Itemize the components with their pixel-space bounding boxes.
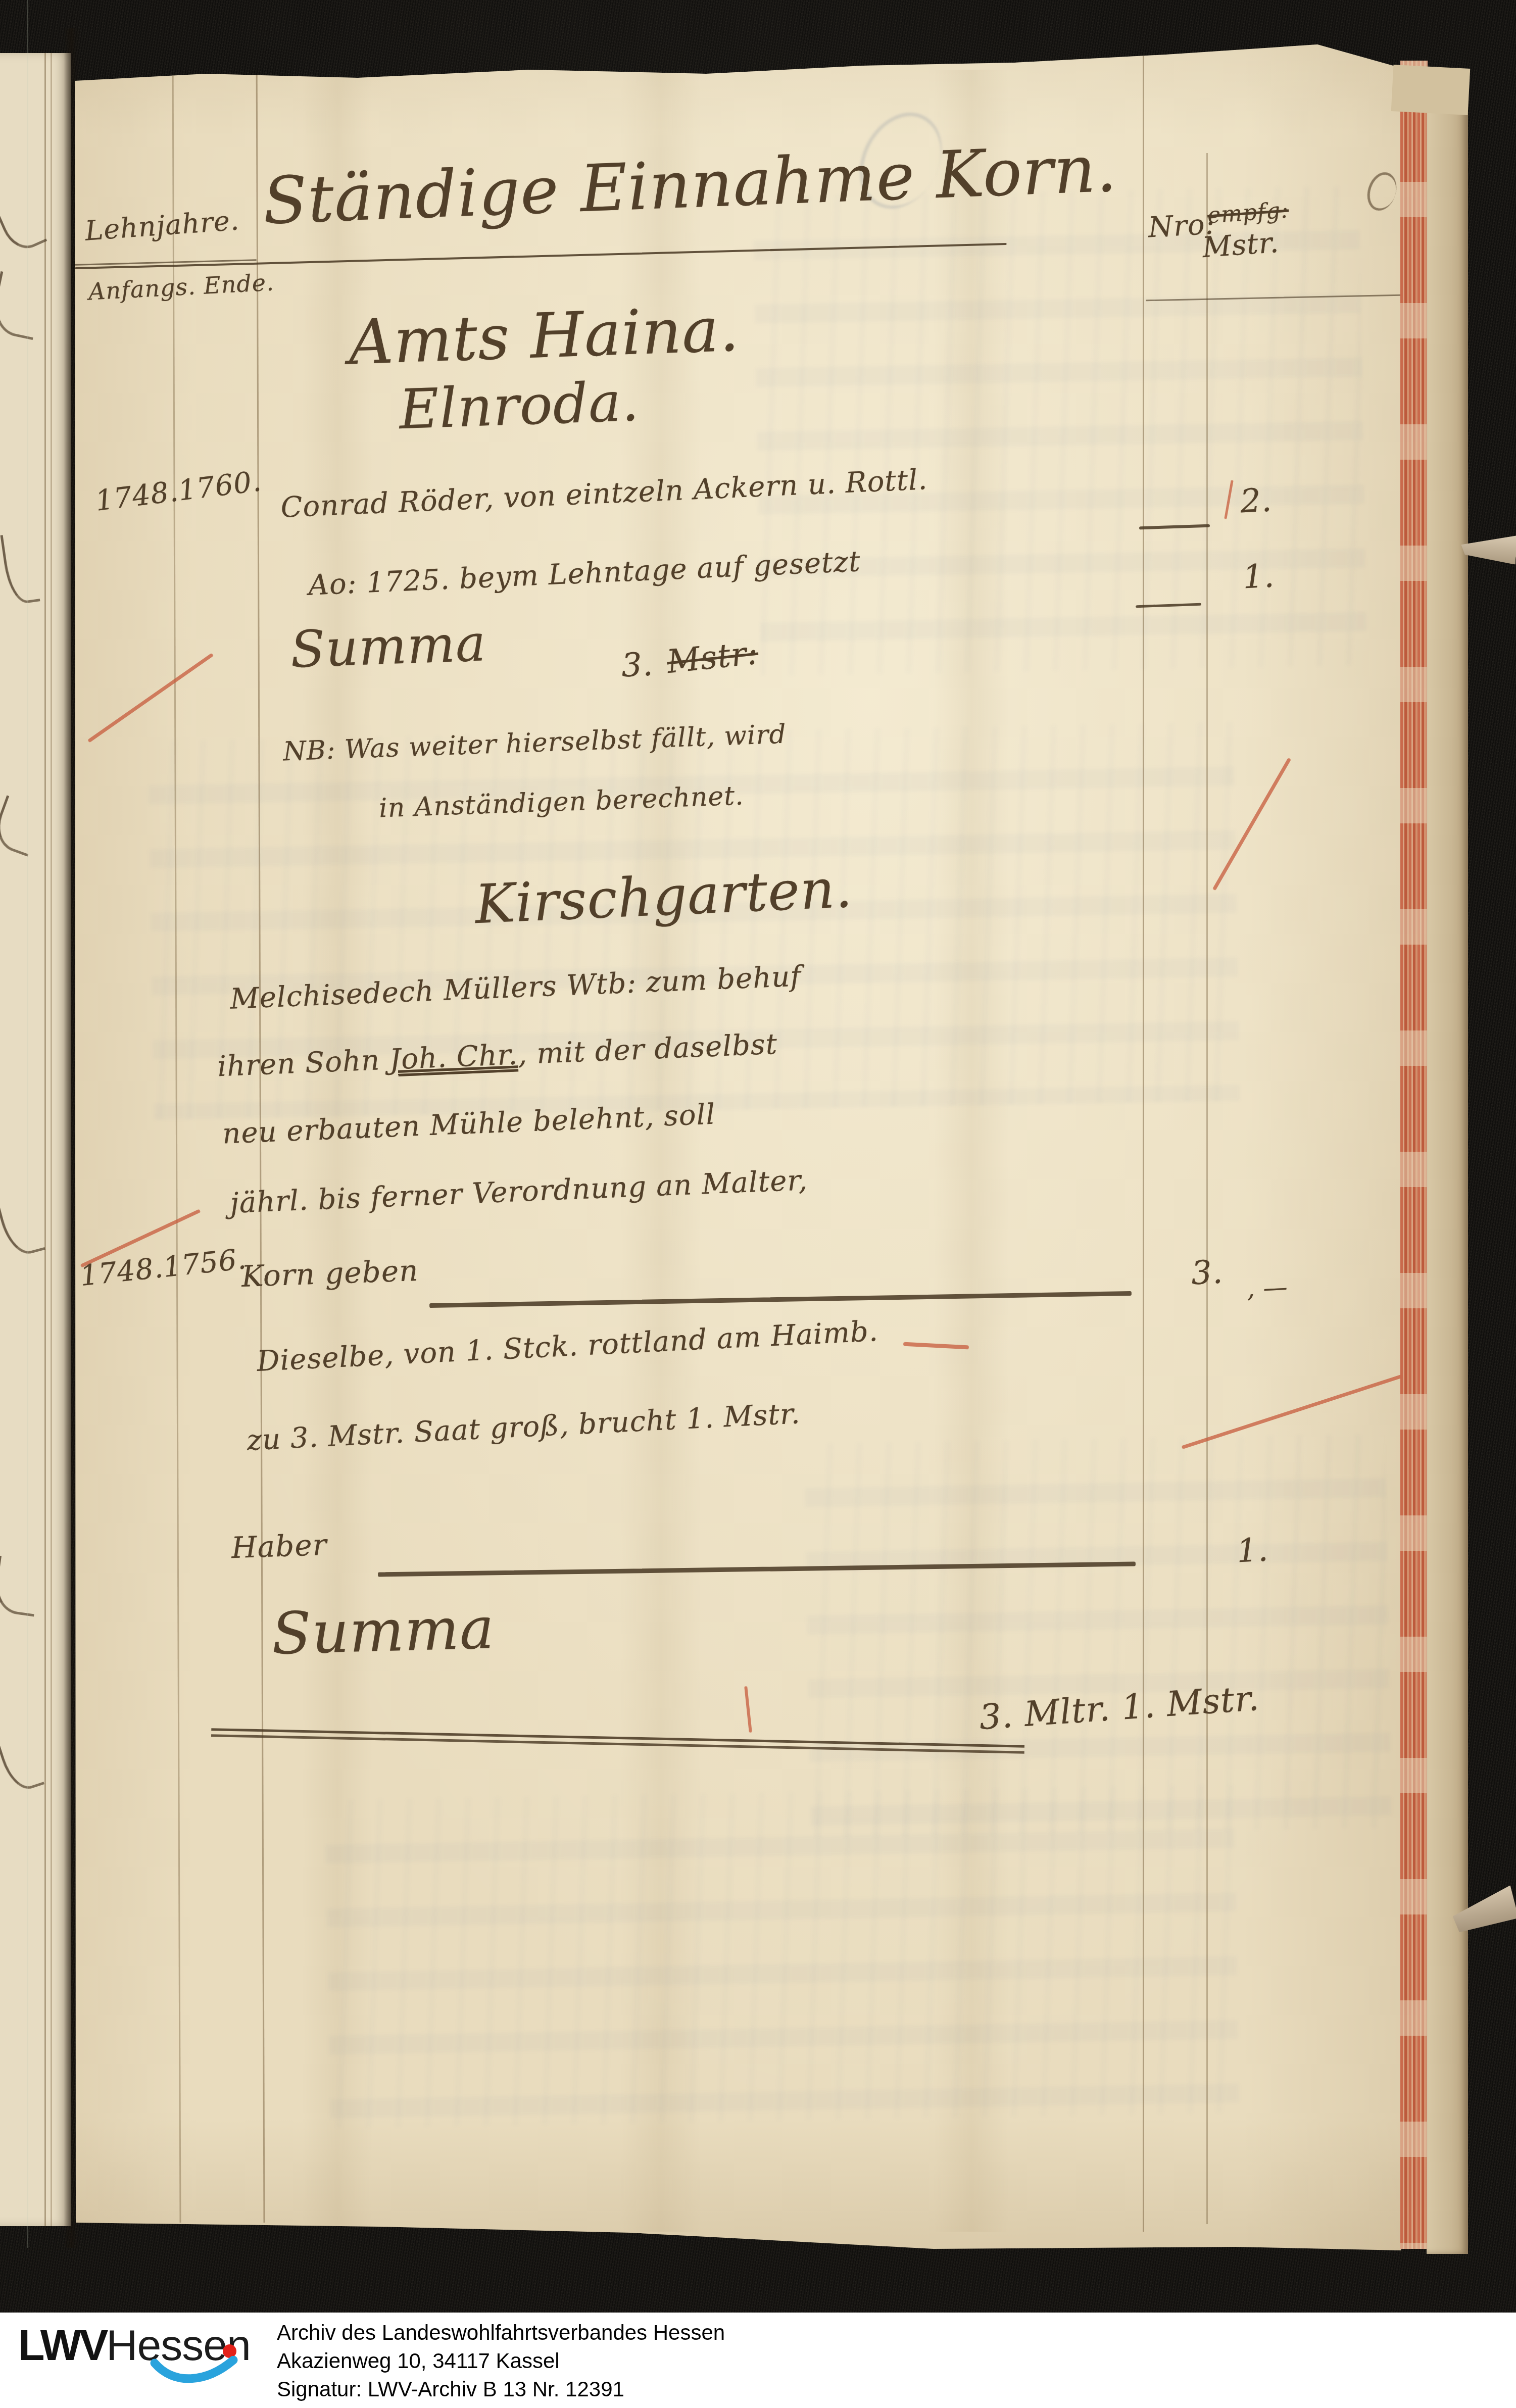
- archive-footer: LWVHessen Archiv des Landeswohlfahrtsver…: [0, 2313, 1516, 2408]
- ink-fragment: [0, 795, 45, 856]
- archive-street: Akazienweg 10, 34117 Kassel: [277, 2347, 725, 2375]
- margin-note-lehnjahre: Lehnjahre.: [84, 207, 240, 244]
- previous-page-sliver: [0, 53, 71, 2226]
- ink-fragment: [0, 1186, 45, 1259]
- red-crayon-mark: [87, 653, 214, 743]
- bookmark-ribbon: [1460, 531, 1516, 565]
- entry-years: 1748.1760.: [94, 467, 263, 516]
- ink-fragment: [0, 271, 45, 340]
- korn-amount: 3.: [1190, 1256, 1224, 1290]
- entry-amount: 2.: [1239, 484, 1273, 518]
- red-crayon-squiggle: [744, 1686, 752, 1733]
- korn-amount-suffix: , —: [1246, 1275, 1289, 1301]
- scan-root: { "page": { "margin_header": { "line1": …: [0, 0, 1516, 2408]
- ink-fragment: [0, 1556, 41, 1617]
- margin-note-anfang-ende: Anfangs. Ende.: [88, 270, 275, 303]
- ink-fragment: [1, 531, 40, 606]
- archive-address-block: Archiv des Landeswohlfahrtsverbandes Hes…: [277, 2319, 725, 2403]
- underlined-name: Joh. Chr.: [389, 1038, 519, 1076]
- ink-bleedthrough: [324, 1784, 1239, 2128]
- korn-rule: [429, 1291, 1132, 1308]
- amount-column-line: [1143, 44, 1144, 2232]
- summa-value: 3.: [620, 648, 654, 682]
- summa-label: Summa: [289, 618, 486, 675]
- ink-fragment: [0, 1727, 44, 1794]
- red-sprayed-page-edges: [1400, 61, 1428, 2249]
- entry-amount: 1.: [1242, 560, 1275, 594]
- archive-signature: Signatur: LWV-Archiv B 13 Nr. 12391: [277, 2375, 725, 2403]
- summa-label: Summa: [271, 1599, 496, 1662]
- amount-column-line: [1206, 153, 1208, 2224]
- ink-bleedthrough: [804, 1434, 1391, 1838]
- ink-fragment: [0, 200, 47, 256]
- logo-swoosh-icon: [150, 2356, 239, 2388]
- haber-amount: 1.: [1236, 1534, 1269, 1567]
- section-heading-kirschgarten: Kirschgarten.: [474, 862, 854, 932]
- archive-name: Archiv des Landeswohlfahrtsverbandes Hes…: [277, 2319, 725, 2347]
- korn-label: Korn geben: [241, 1256, 419, 1291]
- previous-page-ruled-line: [51, 53, 52, 2226]
- column-header-unit: Mstr.: [1201, 229, 1280, 262]
- cover-corner-wedge: [1391, 65, 1471, 115]
- section-heading-amts-haina: Amts Haina.: [348, 299, 740, 374]
- paragraph-text: ihren Sohn: [217, 1044, 390, 1084]
- summa-unit-struck: Mstr:: [665, 637, 760, 679]
- column-header-struck: empfg:: [1207, 199, 1290, 227]
- margin-ruled-line: [172, 55, 181, 2223]
- previous-page-ruled-line: [44, 53, 46, 2226]
- section-subheading-elnroda: Elnroda.: [398, 375, 640, 438]
- manuscript-page: Lehnjahre. Anfangs. Ende. Ständige Einna…: [75, 24, 1401, 2251]
- ink-flourish: [1362, 168, 1401, 214]
- glass-edge-line: [27, 0, 28, 2248]
- logo-lwv-text: LWV: [18, 2321, 106, 2370]
- haber-label: Haber: [231, 1530, 327, 1563]
- entry-years: 1748.1756.: [79, 1245, 248, 1291]
